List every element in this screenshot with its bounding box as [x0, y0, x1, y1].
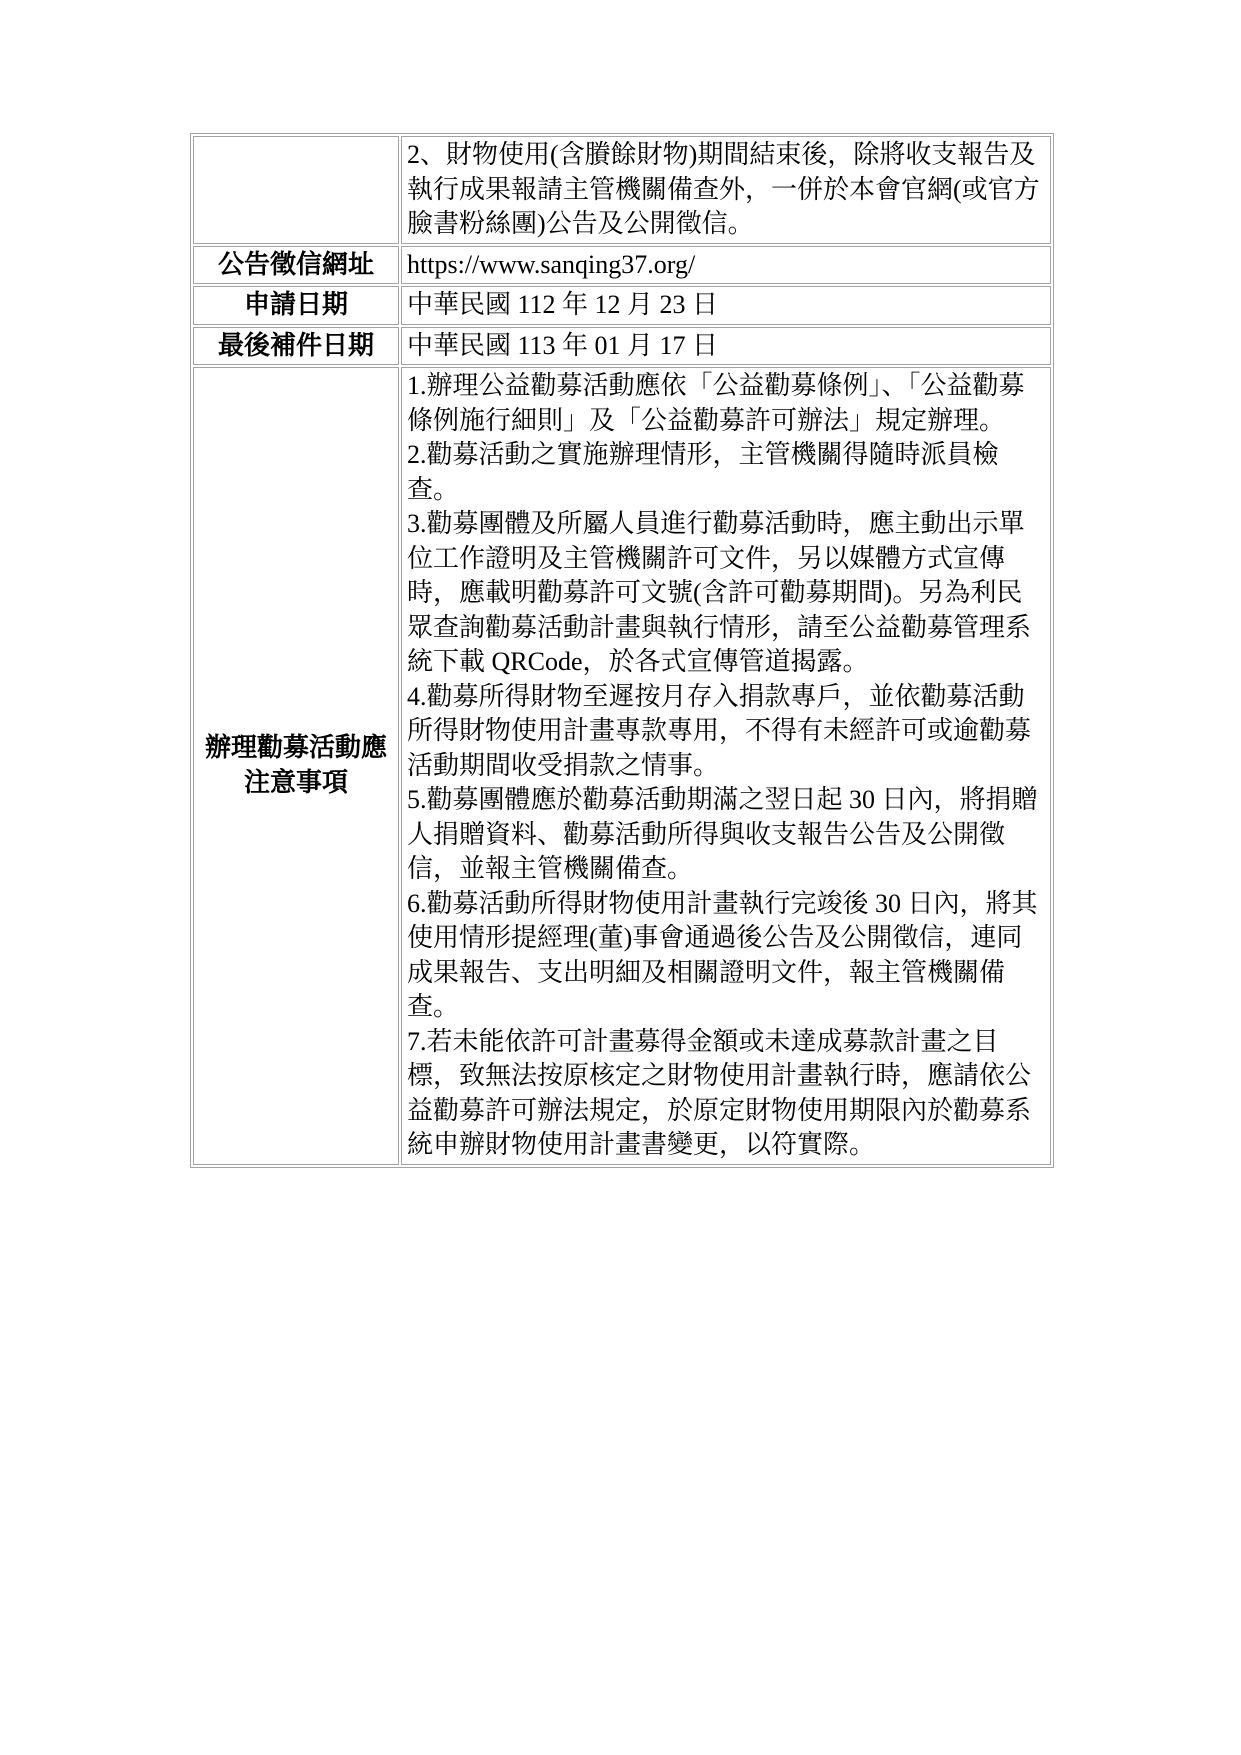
table-row-notes: 辦理勸募活動應注意事項 1.辦理公益勸募活動應依「公益勸募條例」、「公益勸募條例…	[193, 367, 1051, 1165]
note-item-3: 3.勸募團體及所屬人員進行勸募活動時，應主動出示單位工作證明及主管機關許可文件，…	[407, 507, 1046, 680]
fundraising-info-table: 2、財物使用(含賸餘財物)期間結束後，除將收支報告及執行成果報請主管機關備查外，…	[190, 133, 1054, 1168]
table-row-application-date: 申請日期 中華民國 112 年 12 月 23 日	[193, 286, 1051, 325]
document-page: 2、財物使用(含賸餘財物)期間結束後，除將收支報告及執行成果報請主管機關備查外，…	[0, 0, 1241, 1755]
row-content-last-supplement-date: 中華民國 113 年 01 月 17 日	[401, 327, 1051, 366]
note-item-1: 1.辦理公益勸募活動應依「公益勸募條例」、「公益勸募條例施行細則」及「公益勸募許…	[407, 369, 1046, 438]
row-label-application-date: 申請日期	[193, 286, 399, 325]
row-content-notes: 1.辦理公益勸募活動應依「公益勸募條例」、「公益勸募條例施行細則」及「公益勸募許…	[401, 367, 1051, 1165]
table-row-continuation: 2、財物使用(含賸餘財物)期間結束後，除將收支報告及執行成果報請主管機關備查外，…	[193, 136, 1051, 244]
row-content-usage-report: 2、財物使用(含賸餘財物)期間結束後，除將收支報告及執行成果報請主管機關備查外，…	[401, 136, 1051, 244]
note-item-4: 4.勸募所得財物至遲按月存入捐款專戶，並依勸募活動所得財物使用計畫專款專用，不得…	[407, 680, 1046, 784]
row-label-last-supplement-date: 最後補件日期	[193, 327, 399, 366]
table-row-last-supplement-date: 最後補件日期 中華民國 113 年 01 月 17 日	[193, 327, 1051, 366]
row-content-public-credit-url: https://www.sanqing37.org/	[401, 246, 1051, 285]
note-item-6: 6.勸募活動所得財物使用計畫執行完竣後 30 日內，將其使用情形提經理(董)事會…	[407, 887, 1046, 1025]
note-item-2: 2.勸募活動之實施辦理情形，主管機關得隨時派員檢查。	[407, 438, 1046, 507]
row-label-empty	[193, 136, 399, 244]
row-label-notes: 辦理勸募活動應注意事項	[193, 367, 399, 1165]
row-content-application-date: 中華民國 112 年 12 月 23 日	[401, 286, 1051, 325]
table-row-public-credit-url: 公告徵信網址 https://www.sanqing37.org/	[193, 246, 1051, 285]
note-item-7: 7.若未能依許可計畫募得金額或未達成募款計畫之目標，致無法按原核定之財物使用計畫…	[407, 1025, 1046, 1163]
row-label-public-credit-url: 公告徵信網址	[193, 246, 399, 285]
note-item-5: 5.勸募團體應於勸募活動期滿之翌日起 30 日內，將捐贈人捐贈資料、勸募活動所得…	[407, 783, 1046, 887]
